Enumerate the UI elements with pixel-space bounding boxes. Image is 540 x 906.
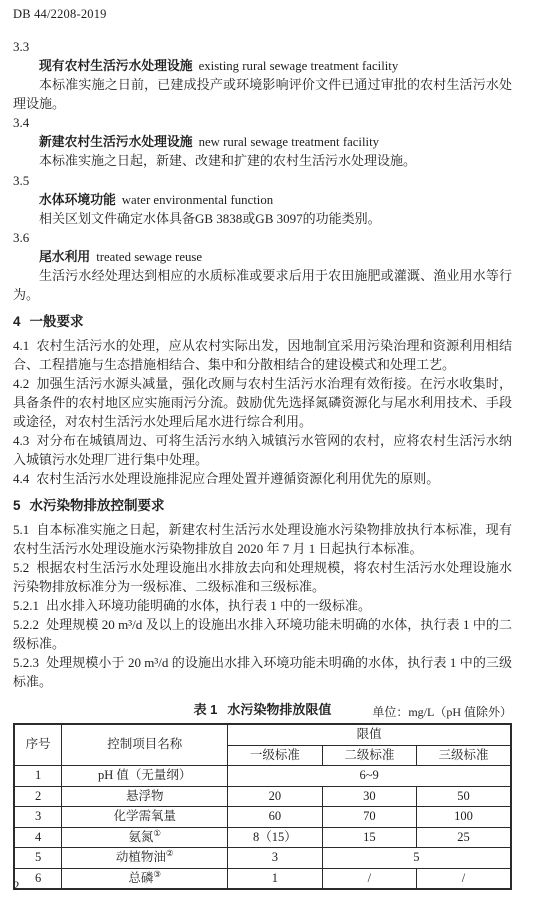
section-5-heading: 5水污染物排放控制要求 bbox=[13, 496, 512, 515]
table-cell: 50 bbox=[417, 786, 511, 807]
term-definition: 本标准实施之日前，已建成投产或环境影响评价文件已通过审批的农村生活污水处理设施。 bbox=[13, 76, 512, 113]
table-row: 5 动植物油② 3 5 bbox=[14, 848, 511, 869]
table-cell: 6 bbox=[14, 868, 62, 889]
table-cell: 20 bbox=[228, 786, 322, 807]
term-zh: 尾水利用 bbox=[39, 249, 90, 264]
table-cell: 1 bbox=[228, 868, 322, 889]
parameter-name: 总磷 bbox=[128, 871, 153, 885]
table-header-cell: 二级标准 bbox=[322, 745, 416, 766]
table-cell: 2 bbox=[14, 786, 62, 807]
clause-text: 农村生活污水处理设施排泥应合理处置并遵循资源化利用优先的原则。 bbox=[36, 471, 439, 486]
table-unit-note: 单位：mg/L（pH 值除外） bbox=[372, 703, 512, 720]
clause-text: 农村生活污水的处理，应从农村实际出发，因地制宜采用污染治理和资源利用相结合、工程… bbox=[13, 338, 512, 372]
clause-4-2: 4.2加强生活污水源头减量，强化改厕与农村生活污水治理有效衔接。在污水收集时，具… bbox=[13, 374, 512, 431]
table-cell: / bbox=[322, 868, 416, 889]
table-cell: 3 bbox=[14, 807, 62, 828]
table-cell: 6~9 bbox=[228, 766, 511, 787]
table-cell: 100 bbox=[417, 807, 511, 828]
page-number: 2 bbox=[13, 878, 20, 894]
term-block-3-3: 3.3 现有农村生活污水处理设施existing rural sewage tr… bbox=[13, 37, 512, 113]
table-header-cell: 序号 bbox=[14, 724, 62, 766]
clause-text: 处理规模小于 20 m³/d 的设施出水排入环境功能未明确的水体，执行表 1 中… bbox=[13, 655, 512, 689]
clause-5-2-3: 5.2.3处理规模小于 20 m³/d 的设施出水排入环境功能未明确的水体，执行… bbox=[13, 653, 512, 691]
term-number: 3.6 bbox=[13, 228, 512, 247]
table-cell: 30 bbox=[322, 786, 416, 807]
term-definition: 本标准实施之日起，新建、改建和扩建的农村生活污水处理设施。 bbox=[13, 152, 512, 171]
section-title: 水污染物排放控制要求 bbox=[30, 498, 165, 513]
table-row: 2 悬浮物 20 30 50 bbox=[14, 786, 511, 807]
term-en: water environmental function bbox=[122, 193, 273, 207]
table-caption-row: 表 1水污染物排放限值 单位：mg/L（pH 值除外） bbox=[13, 701, 512, 719]
table-cell: 8（15） bbox=[228, 827, 322, 848]
table-header-cell: 控制项目名称 bbox=[62, 724, 228, 766]
pollutant-limits-table: 序号 控制项目名称 限值 一级标准 二级标准 三级标准 1 pH 值（无量纲） … bbox=[13, 723, 512, 890]
clause-text: 处理规模 20 m³/d 及以上的设施出水排入环境功能未明确的水体，执行表 1 … bbox=[13, 617, 512, 651]
parameter-name: 氨氮 bbox=[128, 830, 153, 844]
term-block-3-4: 3.4 新建农村生活污水处理设施new rural sewage treatme… bbox=[13, 113, 512, 171]
document-page: DB 44/2208-2019 3.3 现有农村生活污水处理设施existing… bbox=[0, 0, 540, 906]
table-caption-label: 表 1 bbox=[194, 702, 218, 717]
clause-number: 5.2.2 bbox=[13, 617, 39, 632]
term-zh: 新建农村生活污水处理设施 bbox=[39, 134, 193, 149]
section-title: 一般要求 bbox=[30, 314, 84, 329]
table-cell: 3 bbox=[228, 848, 322, 869]
clause-number: 5.1 bbox=[13, 522, 29, 537]
table-row: 6 总磷③ 1 / / bbox=[14, 868, 511, 889]
term-heading: 现有农村生活污水处理设施existing rural sewage treatm… bbox=[39, 56, 512, 76]
table-cell: 氨氮① bbox=[62, 827, 228, 848]
term-en: existing rural sewage treatment facility bbox=[199, 59, 399, 73]
clause-5-2-1: 5.2.1出水排入环境功能明确的水体，执行表 1 中的一级标准。 bbox=[13, 596, 512, 615]
clause-number: 4.4 bbox=[13, 471, 29, 486]
parameter-name: 动植物油 bbox=[116, 850, 166, 864]
term-number: 3.3 bbox=[13, 37, 512, 56]
term-heading: 水体环境功能water environmental function bbox=[39, 190, 512, 210]
term-heading: 新建农村生活污水处理设施new rural sewage treatment f… bbox=[39, 132, 512, 152]
footnote-ref: ② bbox=[166, 848, 174, 858]
clause-5-2: 5.2根据农村生活污水处理设施出水排放去向和处理规模，将农村生活污水处理设施水污… bbox=[13, 558, 512, 596]
table-cell: 5 bbox=[322, 848, 511, 869]
table-row: 3 化学需氧量 60 70 100 bbox=[14, 807, 511, 828]
term-block-3-6: 3.6 尾水利用treated sewage reuse 生活污水经处理达到相应… bbox=[13, 228, 512, 304]
term-definition: 相关区划文件确定水体具备GB 3838或GB 3097的功能类别。 bbox=[13, 210, 512, 229]
table-row: 4 氨氮① 8（15） 15 25 bbox=[14, 827, 511, 848]
term-en: new rural sewage treatment facility bbox=[199, 135, 380, 149]
clause-number: 5.2 bbox=[13, 560, 29, 575]
clause-5-2-2: 5.2.2处理规模 20 m³/d 及以上的设施出水排入环境功能未明确的水体，执… bbox=[13, 615, 512, 653]
table-cell: 总磷③ bbox=[62, 868, 228, 889]
table-cell: 化学需氧量 bbox=[62, 807, 228, 828]
term-en: treated sewage reuse bbox=[96, 250, 202, 264]
table-cell: 悬浮物 bbox=[62, 786, 228, 807]
term-definition: 生活污水经处理达到相应的水质标准或要求后用于农田施肥或灌溉、渔业用水等行为。 bbox=[13, 267, 512, 304]
table-row: 1 pH 值（无量纲） 6~9 bbox=[14, 766, 511, 787]
clause-number: 4.1 bbox=[13, 338, 29, 353]
term-block-3-5: 3.5 水体环境功能water environmental function 相… bbox=[13, 171, 512, 229]
table-header-cell: 限值 bbox=[228, 724, 511, 745]
table-caption-title: 水污染物排放限值 bbox=[227, 702, 331, 717]
section-number: 5 bbox=[13, 498, 21, 513]
term-zh: 水体环境功能 bbox=[39, 192, 116, 207]
doc-number: DB 44/2208-2019 bbox=[13, 8, 512, 21]
table-cell: pH 值（无量纲） bbox=[62, 766, 228, 787]
table-cell: 动植物油② bbox=[62, 848, 228, 869]
table-cell: 1 bbox=[14, 766, 62, 787]
clause-text: 对分布在城镇周边、可将生活污水纳入城镇污水管网的农村，应将农村生活污水纳入城镇污… bbox=[13, 433, 512, 467]
table-cell: / bbox=[417, 868, 511, 889]
clause-number: 4.2 bbox=[13, 376, 29, 391]
table-cell: 60 bbox=[228, 807, 322, 828]
table-cell: 15 bbox=[322, 827, 416, 848]
section-4-heading: 4一般要求 bbox=[13, 312, 512, 331]
table-cell: 5 bbox=[14, 848, 62, 869]
clause-4-4: 4.4农村生活污水处理设施排泥应合理处置并遵循资源化利用优先的原则。 bbox=[13, 469, 512, 488]
clause-text: 自本标准实施之日起，新建农村生活污水处理设施水污染物排放执行本标准，现有农村生活… bbox=[13, 522, 512, 556]
clause-number: 4.3 bbox=[13, 433, 29, 448]
table-cell: 25 bbox=[417, 827, 511, 848]
clause-text: 根据农村生活污水处理设施出水排放去向和处理规模，将农村生活污水处理设施水污染物排… bbox=[13, 560, 512, 594]
clause-4-1: 4.1农村生活污水的处理，应从农村实际出发，因地制宜采用污染治理和资源利用相结合… bbox=[13, 336, 512, 374]
clause-5-1: 5.1自本标准实施之日起，新建农村生活污水处理设施水污染物排放执行本标准，现有农… bbox=[13, 520, 512, 558]
table-header-cell: 一级标准 bbox=[228, 745, 322, 766]
footnote-ref: ① bbox=[153, 827, 161, 837]
term-number: 3.4 bbox=[13, 113, 512, 132]
footnote-ref: ③ bbox=[153, 868, 161, 878]
table-cell: 4 bbox=[14, 827, 62, 848]
clause-number: 5.2.1 bbox=[13, 598, 39, 613]
term-zh: 现有农村生活污水处理设施 bbox=[39, 58, 193, 73]
clause-text: 加强生活污水源头减量，强化改厕与农村生活污水治理有效衔接。在污水收集时，具备条件… bbox=[13, 376, 512, 429]
table-cell: 70 bbox=[322, 807, 416, 828]
term-heading: 尾水利用treated sewage reuse bbox=[39, 247, 512, 267]
clause-number: 5.2.3 bbox=[13, 655, 39, 670]
table-header-cell: 三级标准 bbox=[417, 745, 511, 766]
term-number: 3.5 bbox=[13, 171, 512, 190]
section-number: 4 bbox=[13, 314, 21, 329]
clause-text: 出水排入环境功能明确的水体，执行表 1 中的一级标准。 bbox=[46, 598, 371, 613]
clause-4-3: 4.3对分布在城镇周边、可将生活污水纳入城镇污水管网的农村，应将农村生活污水纳入… bbox=[13, 431, 512, 469]
